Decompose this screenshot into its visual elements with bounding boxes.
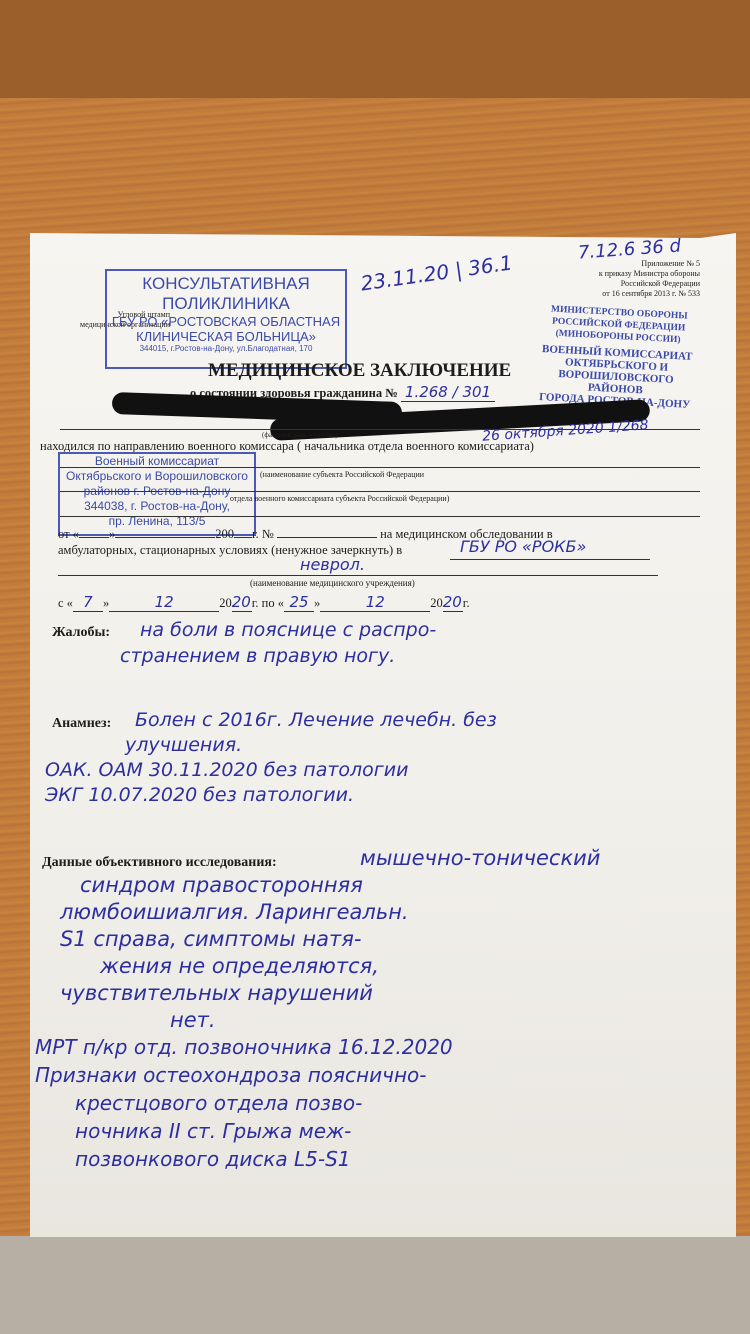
complaints-line: странением в правую ногу. (120, 643, 436, 669)
department-caption: отдела военного комиссариата субъекта Ро… (230, 494, 449, 503)
institution-caption: (наименование медицинского учреждения) (250, 578, 415, 588)
mri-line: позвонкового диска L5-S1 (75, 1145, 453, 1173)
subject-caption: (наименование субъекта Российской Федера… (260, 470, 424, 479)
appendix-line: от 16 сентября 2013 г. № 533 (530, 289, 700, 299)
anamnesis-line: улучшения. (125, 733, 497, 758)
examination-period: с «7»122020г. по «25»122020г. (58, 593, 470, 612)
objective-line: нет. (170, 1007, 600, 1034)
institution-handwritten-department: неврол. (300, 555, 365, 574)
clinic-stamp-line: ПОЛИКЛИНИКА (107, 294, 345, 314)
to-year: 20 (443, 593, 463, 612)
appendix-note: Приложение № 5 к приказу Министра оборон… (530, 259, 700, 299)
objective-line: чувствительных нарушений (60, 980, 600, 1007)
appendix-line: Приложение № 5 (530, 259, 700, 269)
handwritten-registration-mark: 23.11.20 | 36.1 (359, 250, 514, 295)
bottom-band (0, 1236, 750, 1334)
form-line (60, 491, 700, 492)
text: » (109, 527, 115, 541)
text: 200 (215, 527, 234, 541)
institution-handwritten: ГБУ РО «РОКБ» (460, 537, 586, 556)
objective-line: жения не определяются, (100, 953, 600, 980)
from-day: 7 (73, 593, 103, 612)
form-line (60, 516, 700, 517)
complaints-label: Жалобы: (52, 625, 110, 641)
name-caption: (фамилия, имя, отчество) (262, 431, 338, 439)
form-line (450, 559, 650, 560)
text: г. (463, 596, 470, 610)
clinic-stamp-line: ГБУ РО «РОСТОВСКАЯ ОБЛАСТНАЯ (107, 314, 345, 329)
anamnesis-line: ОАК. ОАМ 30.11.2020 без патологии (45, 758, 497, 783)
text: г. № (252, 527, 274, 541)
to-month: 12 (320, 593, 430, 612)
clinic-stamp-line: КОНСУЛЬТАТИВНАЯ (107, 274, 345, 294)
clinic-stamp-address: 344015, г.Ростов-на-Дону, ул.Благодатная… (107, 344, 345, 353)
complaints-line: на боли в пояснице с распро- (140, 617, 436, 643)
commissariat-stamp-line: Октябрьского и Ворошиловского (60, 469, 254, 484)
objective-data-text: мышечно-тонический синдром правостороння… (60, 845, 600, 1034)
commissariat-stamp-line: 344038, г. Ростов-на-Дону, (60, 499, 254, 514)
objective-line: синдром правосторонняя (80, 872, 600, 899)
objective-line: мышечно-тонический (360, 845, 600, 872)
text: 20 (219, 596, 232, 610)
appendix-line: к приказу Министра обороны (530, 269, 700, 279)
from-year: 20 (232, 593, 252, 612)
text: 20 (430, 596, 443, 610)
commissariat-stamp: Военный комиссариат Октябрьского и Ворош… (58, 452, 256, 536)
certificate-number: 1.268 / 301 (401, 383, 495, 402)
to-day: 25 (284, 593, 314, 612)
anamnesis-line: ЭКГ 10.07.2020 без патологии. (45, 783, 497, 808)
from-month: 12 (109, 593, 219, 612)
medical-document-page: Угловой штамп медицинской организации КО… (30, 233, 736, 1237)
mri-findings-text: МРТ п/кр отд. позвоночника 16.12.2020 Пр… (35, 1033, 453, 1173)
anamnesis-line: Болен с 2016г. Лечение лечебн. без (135, 708, 497, 733)
top-band (0, 0, 750, 98)
complaints-text: на боли в пояснице с распро- странением … (140, 617, 436, 669)
clinic-stamp: КОНСУЛЬТАТИВНАЯ ПОЛИКЛИНИКА ГБУ РО «РОСТ… (105, 269, 347, 369)
mri-line: ночника II ст. Грыжа меж- (75, 1117, 453, 1145)
objective-line: люмбоишиалгия. Ларингеальн. (60, 899, 600, 926)
document-title: МЕДИЦИНСКОЕ ЗАКЛЮЧЕНИЕ (208, 360, 511, 382)
mri-line: крестцового отдела позво- (75, 1089, 453, 1117)
anamnesis-text: Болен с 2016г. Лечение лечебн. без улучш… (45, 708, 497, 808)
text: г. (252, 596, 259, 610)
mri-line: МРТ п/кр отд. позвоночника 16.12.2020 (35, 1033, 453, 1061)
objective-line: S1 справа, симптомы натя- (60, 926, 600, 953)
appendix-line: Российской Федерации (530, 279, 700, 289)
ministry-stamp: МИНИСТЕРСТВО ОБОРОНЫ РОССИЙСКОЙ ФЕДЕРАЦИ… (529, 303, 704, 412)
text: с « (58, 596, 73, 610)
text: по « (262, 596, 284, 610)
mri-line: Признаки остеохондроза пояснично- (35, 1061, 453, 1089)
clinic-stamp-line: КЛИНИЧЕСКАЯ БОЛЬНИЦА» (107, 329, 345, 344)
text: от « (58, 527, 79, 541)
form-line (58, 575, 658, 576)
form-line (60, 467, 700, 468)
